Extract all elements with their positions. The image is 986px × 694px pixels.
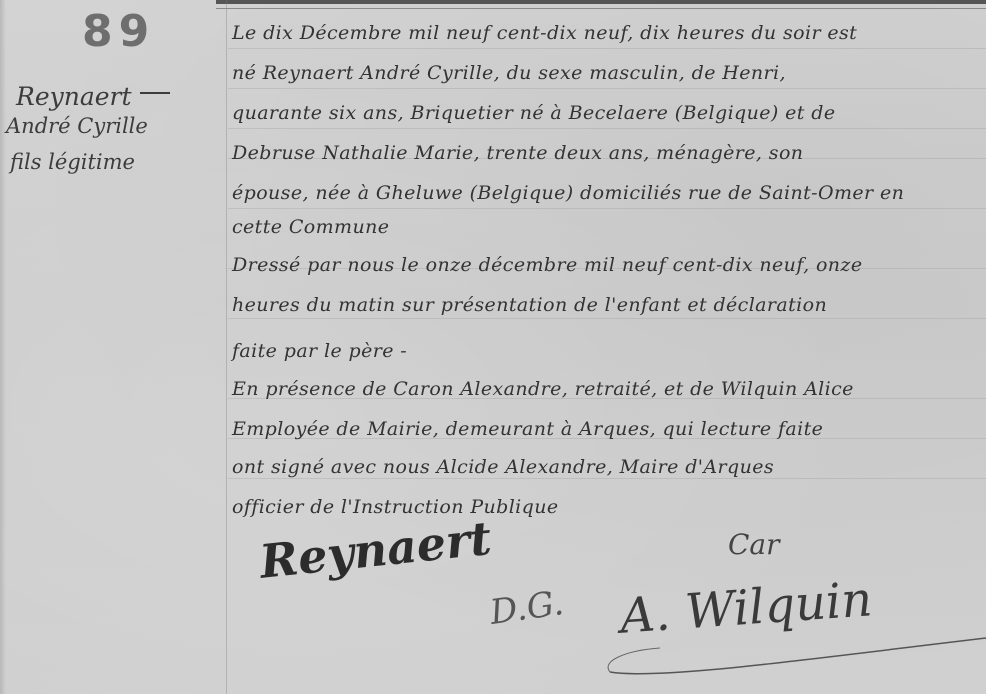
signature-father: Reynaert: [257, 511, 494, 589]
ruled-line: [228, 88, 986, 89]
body-line-13: officier de l'Instruction Publique: [232, 496, 559, 518]
signature-mayor-initials: D.G.: [488, 583, 566, 633]
signature-flourish: [600, 620, 986, 680]
margin-legitimacy-status: fils légitime: [10, 150, 135, 174]
margin-surname-dash: [140, 92, 170, 94]
margin-column-divider: [226, 0, 227, 694]
body-line-9: faite par le père -: [232, 340, 407, 362]
ruled-line: [228, 208, 986, 209]
top-border-rule-thin: [216, 8, 986, 9]
body-line-12: ont signé avec nous Alcide Alexandre, Ma…: [232, 456, 774, 478]
act-number-stamp: 89: [82, 6, 155, 57]
body-line-3: quarante six ans, Briquetier né à Becela…: [232, 102, 835, 124]
ruled-line: [228, 478, 986, 479]
signature-witness-caron: Car: [728, 528, 780, 561]
margin-given-names: André Cyrille: [6, 114, 148, 138]
body-line-4: Debruse Nathalie Marie, trente deux ans,…: [232, 142, 803, 164]
scanned-register-page: 89 Reynaert André Cyrille fils légitime …: [0, 0, 986, 694]
body-line-5: épouse, née à Gheluwe (Belgique) domicil…: [232, 182, 904, 204]
body-line-10: En présence de Caron Alexandre, retraité…: [232, 378, 854, 400]
ruled-line: [228, 318, 986, 319]
ruled-line: [228, 48, 986, 49]
body-line-1: Le dix Décembre mil neuf cent-dix neuf, …: [232, 22, 857, 44]
body-line-7: Dressé par nous le onze décembre mil neu…: [232, 254, 862, 276]
body-line-8: heures du matin sur présentation de l'en…: [232, 294, 827, 316]
body-line-2: né Reynaert André Cyrille, du sexe mascu…: [232, 62, 786, 84]
body-line-11: Employée de Mairie, demeurant à Arques, …: [232, 418, 823, 440]
page-fold-shadow: [0, 0, 6, 694]
top-border-rule: [216, 0, 986, 4]
margin-surname: Reynaert: [16, 82, 132, 111]
ruled-line: [228, 128, 986, 129]
body-line-6: cette Commune: [232, 216, 389, 238]
